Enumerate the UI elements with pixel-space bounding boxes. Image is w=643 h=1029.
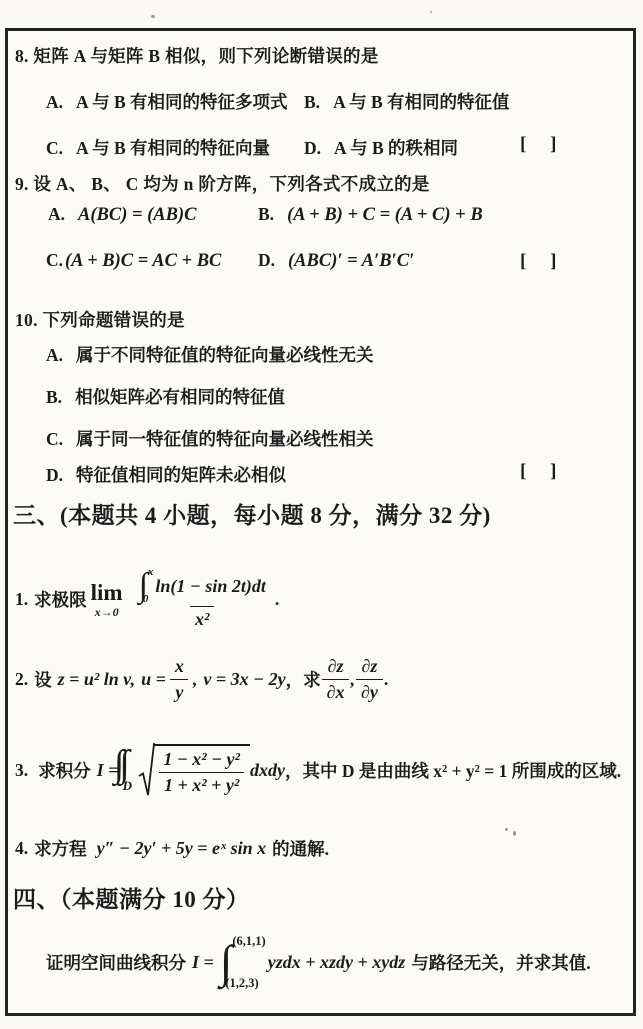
option-formula: (A + B)C = AC + BC xyxy=(65,251,221,272)
fraction-x-over-y: x y xyxy=(170,655,189,703)
fraction: 1 − x² − y² 1 + x² + y² xyxy=(158,748,245,796)
option-text: A 与 B 的秩相同 xyxy=(334,135,458,160)
partial-dz-dy: ∂z ∂y xyxy=(356,655,383,703)
section-3-title: 三、(本题共 4 小题，每小题 8 分，满分 32 分) xyxy=(13,497,491,530)
integral-lower-limit: (1,2,3) xyxy=(225,977,258,990)
period: . xyxy=(275,589,279,610)
differentials: dxdy xyxy=(250,760,285,781)
line-integral: ∫ (6,1,1) (1,2,3) xyxy=(220,935,266,989)
integrand: ln(1 − sin 2t)dt xyxy=(155,575,265,598)
problem-lead: 设 xyxy=(34,667,52,692)
radical-icon xyxy=(138,742,155,798)
fraction-denominator: x² xyxy=(190,606,214,631)
integrand: yzdx + xzdy + xydz xyxy=(268,952,406,973)
comma: , xyxy=(350,669,355,690)
option-text: 属于同一特征值的特征向量必线性相关 xyxy=(76,426,374,451)
problem-lead: 求积分 xyxy=(38,758,91,783)
option-label: B. xyxy=(46,387,62,408)
fraction-denominator: ∂y xyxy=(356,679,383,704)
answer-bracket-q8: [ ] xyxy=(520,134,556,156)
option-label: D. xyxy=(46,465,63,486)
integral: ∫ x 0 xyxy=(139,567,154,605)
lim-subscript: x→0 xyxy=(95,606,119,618)
equation-z: z = u² ln v, xyxy=(58,669,136,690)
problem-lead: 求方程 xyxy=(34,836,87,861)
question-10-option-a: A. 属于不同特征值的特征向量必线性无关 xyxy=(46,342,374,367)
problem-number: 2. xyxy=(15,669,28,690)
fraction: ∫ x 0 ln(1 − sin 2t)dt x² xyxy=(134,567,271,631)
problem-tail: ，其中 D 是由曲线 x² + y² = 1 所围成的区域. xyxy=(285,758,621,783)
square-root: 1 − x² − y² 1 + x² + y² xyxy=(138,742,250,798)
double-integral-domain: D xyxy=(123,778,132,794)
exam-content-frame: 8. 矩阵 A 与矩阵 B 相似，则下列论断错误的是 A. A 与 B 有相同的… xyxy=(5,28,636,1016)
integral-lower-limit: 0 xyxy=(143,594,149,605)
question-8-stem: 8. 矩阵 A 与矩阵 B 相似，则下列论断错误的是 xyxy=(15,43,379,68)
radicand: 1 − x² − y² 1 + x² + y² xyxy=(154,744,250,796)
fraction-denominator: 1 + x² + y² xyxy=(159,772,244,797)
option-text: 相似矩阵必有相同的特征值 xyxy=(75,384,285,409)
fraction-numerator: ∂z xyxy=(323,655,349,679)
problem-2: 2. 设 z = u² ln v, u = x y , v = 3x − 2y … xyxy=(15,649,388,709)
problem-3: 3. 求积分 I = ∫∫ D 1 − x² − y² 1 + x² + y² … xyxy=(15,731,621,809)
problem-4: 4. 求方程 y″ − 2y′ + 5y = eˣ sin x 的通解. xyxy=(15,831,329,865)
problem-number: 4. xyxy=(15,838,28,859)
question-8-option-a: A. A 与 B 有相同的特征多项式 xyxy=(46,89,288,114)
lim-symbol: lim xyxy=(91,581,123,604)
equation-u: u = xyxy=(141,669,166,690)
problem-lead: 证明空间曲线积分 xyxy=(46,950,186,975)
problem-section4: 证明空间曲线积分 I = ∫ (6,1,1) (1,2,3) yzdx + xz… xyxy=(46,929,591,995)
option-text: A 与 B 有相同的特征向量 xyxy=(76,135,270,160)
question-8-option-b: B. A 与 B 有相同的特征值 xyxy=(304,89,510,114)
option-label: C. xyxy=(46,429,63,450)
scan-speck xyxy=(505,828,508,831)
partial-dz-dx: ∂z ∂x xyxy=(322,655,350,703)
integral-limits: (6,1,1) (1,2,3) xyxy=(232,935,265,989)
comma: , xyxy=(193,669,198,690)
option-formula: (ABC)′ = A′B′C′ xyxy=(288,251,414,272)
fraction-numerator: x xyxy=(170,655,189,679)
answer-bracket-q10: [ ] xyxy=(520,461,556,483)
problem-1: 1. 求极限 lim x→0 ∫ x 0 ln(1 − sin 2t)dt x²… xyxy=(15,551,279,647)
question-8-option-c: C. A 与 B 有相同的特征向量 xyxy=(46,135,270,160)
option-label: A. xyxy=(46,345,63,366)
answer-bracket-q9: [ ] xyxy=(520,251,556,273)
question-10-option-d: D. 特征值相同的矩阵未必相似 xyxy=(46,462,286,487)
differential-equation: y″ − 2y′ + 5y = eˣ sin x xyxy=(97,838,267,859)
question-10-option-b: B. 相似矩阵必有相同的特征值 xyxy=(46,384,285,409)
option-text: 属于不同特征值的特征向量必线性无关 xyxy=(76,342,374,367)
fraction-numerator: ∂z xyxy=(356,655,382,679)
option-label: D. xyxy=(304,138,321,159)
scanned-exam-page: { "q8": { "stem": "8. 矩阵 A 与矩阵 B 相似，则下列论… xyxy=(0,0,643,1029)
question-8-option-d: D. A 与 B 的秩相同 xyxy=(304,135,458,160)
problem-tail: 与路径无关，并求其值. xyxy=(411,950,590,975)
integral-limits: x 0 xyxy=(148,567,154,605)
integral-upper-limit: (6,1,1) xyxy=(232,935,265,948)
option-label: B. xyxy=(304,92,320,113)
question-9-option-c: C. (A + B)C = AC + BC xyxy=(46,250,221,272)
double-integral: ∫∫ D xyxy=(119,746,135,793)
fraction-numerator: 1 − x² − y² xyxy=(158,748,245,772)
option-text: 特征值相同的矩阵未必相似 xyxy=(76,462,286,487)
equation-v: v = 3x − 2y xyxy=(203,669,285,690)
scan-speck xyxy=(430,11,432,13)
option-label: C. xyxy=(46,138,63,159)
fraction-denominator: y xyxy=(170,679,188,704)
equation-I: I = xyxy=(192,952,214,973)
option-text: A 与 B 有相同的特征值 xyxy=(333,89,509,114)
question-9-option-d: D. (ABC)′ = A′B′C′ xyxy=(258,250,414,272)
question-10-option-c: C. 属于同一特征值的特征向量必线性相关 xyxy=(46,426,374,451)
limit-operator: lim x→0 xyxy=(91,581,123,618)
option-label: A. xyxy=(48,204,65,225)
problem-number: 3. xyxy=(15,760,28,781)
period: . xyxy=(384,669,388,690)
problem-number: 1. xyxy=(15,589,28,610)
question-9-stem: 9. 设 A、 B、 C 均为 n 阶方阵，下列各式不成立的是 xyxy=(15,171,430,196)
problem-tail: 的通解. xyxy=(272,836,329,861)
integral-upper-limit: x xyxy=(148,567,154,578)
option-text: A 与 B 有相同的特征多项式 xyxy=(76,89,287,114)
option-label: A. xyxy=(46,92,63,113)
equation-I: I = xyxy=(97,760,119,781)
question-9-option-a: A. A(BC) = (AB)C xyxy=(48,204,197,226)
option-label: D. xyxy=(258,250,275,271)
section-4-title: 四、（本题满分 10 分） xyxy=(13,881,250,914)
option-formula: A(BC) = (AB)C xyxy=(78,205,196,226)
problem-lead: 求极限 xyxy=(34,587,87,612)
question-10-stem: 10. 下列命题错误的是 xyxy=(15,307,185,332)
question-9-option-b: B. (A + B) + C = (A + C) + B xyxy=(258,204,483,226)
fraction-numerator: ∫ x 0 ln(1 − sin 2t)dt xyxy=(134,567,271,606)
option-label: C. xyxy=(46,250,63,271)
option-label: B. xyxy=(258,204,274,225)
option-formula: (A + B) + C = (A + C) + B xyxy=(287,205,483,226)
scan-speck xyxy=(513,831,516,836)
scan-speck xyxy=(151,15,155,18)
find-lead: ，求 xyxy=(286,667,321,692)
fraction-denominator: ∂x xyxy=(322,679,350,704)
